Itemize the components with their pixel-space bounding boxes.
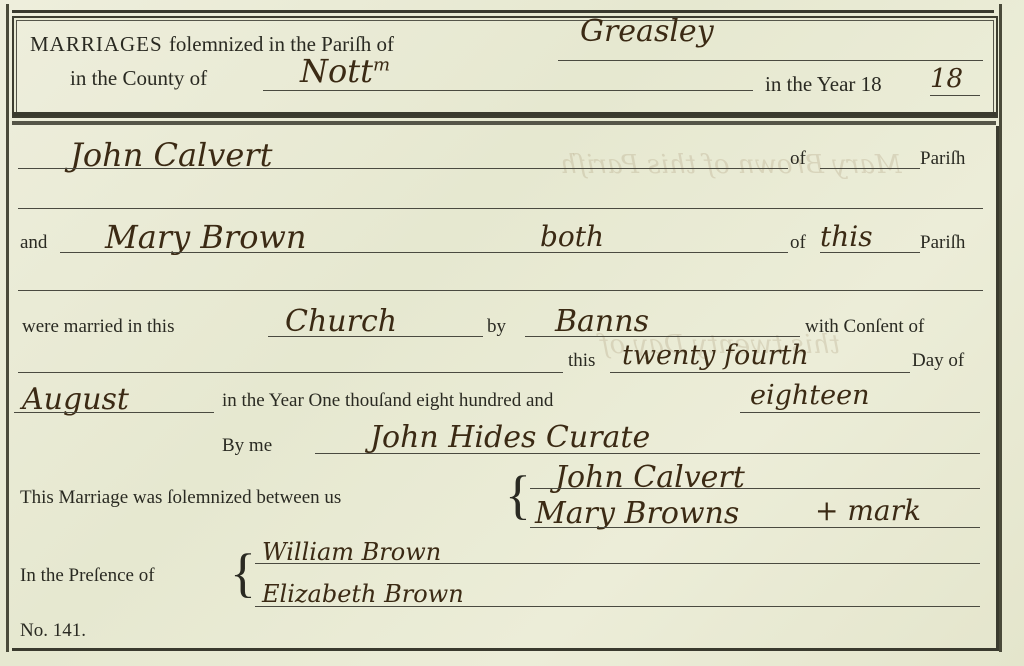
- groom-parish-label: Pariſh: [920, 148, 965, 170]
- bride-name: Mary Brown: [105, 218, 306, 256]
- bride-line: [60, 252, 788, 253]
- consent-line: [18, 372, 563, 373]
- spouse-line-2: [530, 527, 980, 528]
- year-line: [930, 95, 980, 96]
- witnesses-label: In the Preſence of: [20, 565, 155, 587]
- groom-parish-line: [820, 168, 920, 169]
- witness-1: William Brown: [262, 538, 441, 566]
- title-caps: MARRIAGES: [30, 32, 163, 56]
- bride-parish-line: [820, 252, 920, 253]
- day-line: [610, 372, 910, 373]
- parish-value: Greasley: [580, 14, 714, 49]
- place-line: [268, 336, 483, 337]
- day-of-label: Day of: [912, 350, 964, 372]
- register-page: Mary Brown of this Pariſh this twenty Da…: [0, 0, 1024, 666]
- spouse-signature-2: Mary Browns: [535, 496, 739, 531]
- county-line: [263, 90, 753, 91]
- method-value: Banns: [555, 304, 649, 339]
- year-words-line: [740, 412, 980, 413]
- county-label: in the County of: [70, 66, 207, 91]
- witness-line-2: [255, 606, 980, 607]
- header-rule-1: [12, 112, 996, 116]
- top-rule: [12, 10, 994, 13]
- officiant-line: [315, 453, 980, 454]
- header-rule-2: [12, 121, 996, 125]
- groom-of-label: of: [790, 148, 806, 170]
- this-label: this: [568, 350, 595, 372]
- day-value: twenty fourth: [622, 340, 809, 371]
- spouse-mark: + mark: [815, 494, 921, 527]
- bride-parish-label: Pariſh: [920, 232, 965, 254]
- consent-label: with Conſent of: [805, 316, 924, 338]
- by-me-label: By me: [222, 435, 272, 457]
- witness-2: Elizabeth Brown: [262, 580, 464, 608]
- groom-line: [18, 168, 788, 169]
- blank-line-1: [18, 208, 983, 209]
- year-words-value: eighteen: [750, 380, 869, 411]
- parish-line: [558, 60, 983, 61]
- bride-both: both: [540, 220, 604, 253]
- year-label: in the Year 18: [765, 72, 882, 97]
- entry-number: No. 141.: [20, 620, 86, 642]
- bride-parish-value: this: [820, 220, 873, 253]
- place-value: Church: [285, 304, 397, 339]
- witness-line-1: [255, 563, 980, 564]
- officiant-signature: John Hides Curate: [370, 420, 650, 455]
- married-label: were married in this: [22, 316, 174, 338]
- and-label: and: [20, 232, 47, 254]
- county-value: Nottm: [300, 52, 390, 90]
- year-text-label: in the Year One thouſand eight hundred a…: [222, 390, 553, 412]
- spouse-signature-1: John Calvert: [555, 460, 745, 495]
- by-label: by: [487, 316, 506, 338]
- solemnized-brace: {: [505, 468, 531, 522]
- spouse-line-1: [530, 488, 980, 489]
- bride-of-label: of: [790, 232, 806, 254]
- month-line: [14, 412, 214, 413]
- solemnized-label: This Marriage was ſolemnized between us: [20, 487, 341, 509]
- method-line: [525, 336, 800, 337]
- year-value: 18: [930, 64, 963, 94]
- witnesses-brace: {: [230, 546, 256, 600]
- blank-line-2: [18, 290, 983, 291]
